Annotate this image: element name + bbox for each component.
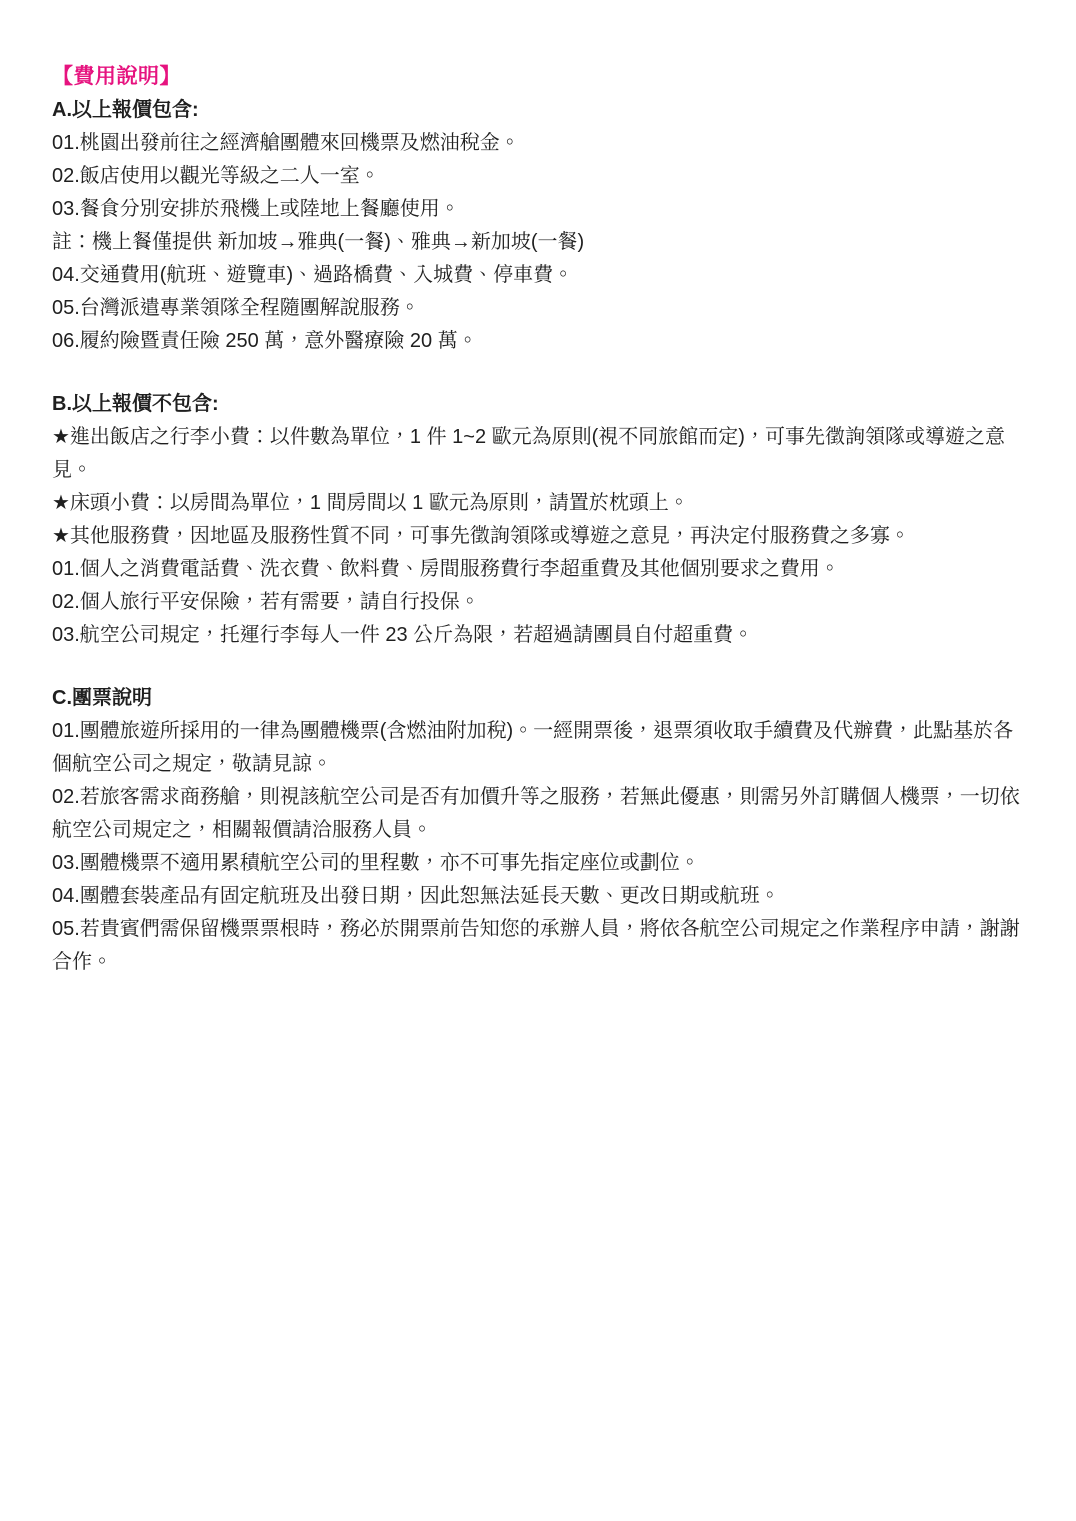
section-a-heading: A.以上報價包含: xyxy=(52,94,1032,127)
page-title: 【費用說明】 xyxy=(52,60,1032,94)
section-c-heading: C.團票說明 xyxy=(52,682,1032,715)
document-page: 【費用說明】 A.以上報價包含: 01.桃園出發前往之經濟艙團體來回機票及燃油稅… xyxy=(0,0,1076,1521)
list-item: 03.團體機票不適用累積航空公司的里程數，亦不可事先指定座位或劃位。 xyxy=(52,847,1032,880)
list-item: 03.航空公司規定，托運行李每人一件 23 公斤為限，若超過請團員自付超重費。 xyxy=(52,619,1032,652)
list-item-star: ★進出飯店之行李小費：以件數為單位，1 件 1~2 歐元為原則(視不同旅館而定)… xyxy=(52,421,1032,487)
section-fees-included: A.以上報價包含: 01.桃園出發前往之經濟艙團體來回機票及燃油稅金。 02.飯… xyxy=(52,94,1032,358)
list-item: 03.餐食分別安排於飛機上或陸地上餐廳使用。 xyxy=(52,193,1032,226)
section-fees-not-included: B.以上報價不包含: ★進出飯店之行李小費：以件數為單位，1 件 1~2 歐元為… xyxy=(52,388,1032,652)
list-item: 02.飯店使用以觀光等級之二人一室。 xyxy=(52,160,1032,193)
list-item: 02.若旅客需求商務艙，則視該航空公司是否有加價升等之服務，若無此優惠，則需另外… xyxy=(52,781,1032,847)
section-b-heading: B.以上報價不包含: xyxy=(52,388,1032,421)
list-item-star: ★其他服務費，因地區及服務性質不同，可事先徵詢領隊或導遊之意見，再決定付服務費之… xyxy=(52,520,1032,553)
list-item: 01.個人之消費電話費、洗衣費、飲料費、房間服務費行李超重費及其他個別要求之費用… xyxy=(52,553,1032,586)
list-item: 04.交通費用(航班、遊覽車)、過路橋費、入城費、停車費。 xyxy=(52,259,1032,292)
list-item: 04.團體套裝產品有固定航班及出發日期，因此恕無法延長天數、更改日期或航班。 xyxy=(52,880,1032,913)
section-group-ticket-notes: C.團票說明 01.團體旅遊所採用的一律為團體機票(含燃油附加稅)。一經開票後，… xyxy=(52,682,1032,979)
list-item-note: 註：機上餐僅提供 新加坡→雅典(一餐)、雅典→新加坡(一餐) xyxy=(52,226,1032,259)
list-item: 05.台灣派遣專業領隊全程隨團解說服務。 xyxy=(52,292,1032,325)
list-item: 02.個人旅行平安保險，若有需要，請自行投保。 xyxy=(52,586,1032,619)
list-item-star: ★床頭小費：以房間為單位，1 間房間以 1 歐元為原則，請置於枕頭上。 xyxy=(52,487,1032,520)
list-item: 01.桃園出發前往之經濟艙團體來回機票及燃油稅金。 xyxy=(52,127,1032,160)
list-item: 05.若貴賓們需保留機票票根時，務必於開票前告知您的承辦人員，將依各航空公司規定… xyxy=(52,913,1032,979)
list-item: 06.履約險暨責任險 250 萬，意外醫療險 20 萬。 xyxy=(52,325,1032,358)
list-item: 01.團體旅遊所採用的一律為團體機票(含燃油附加稅)。一經開票後，退票須收取手續… xyxy=(52,715,1032,781)
